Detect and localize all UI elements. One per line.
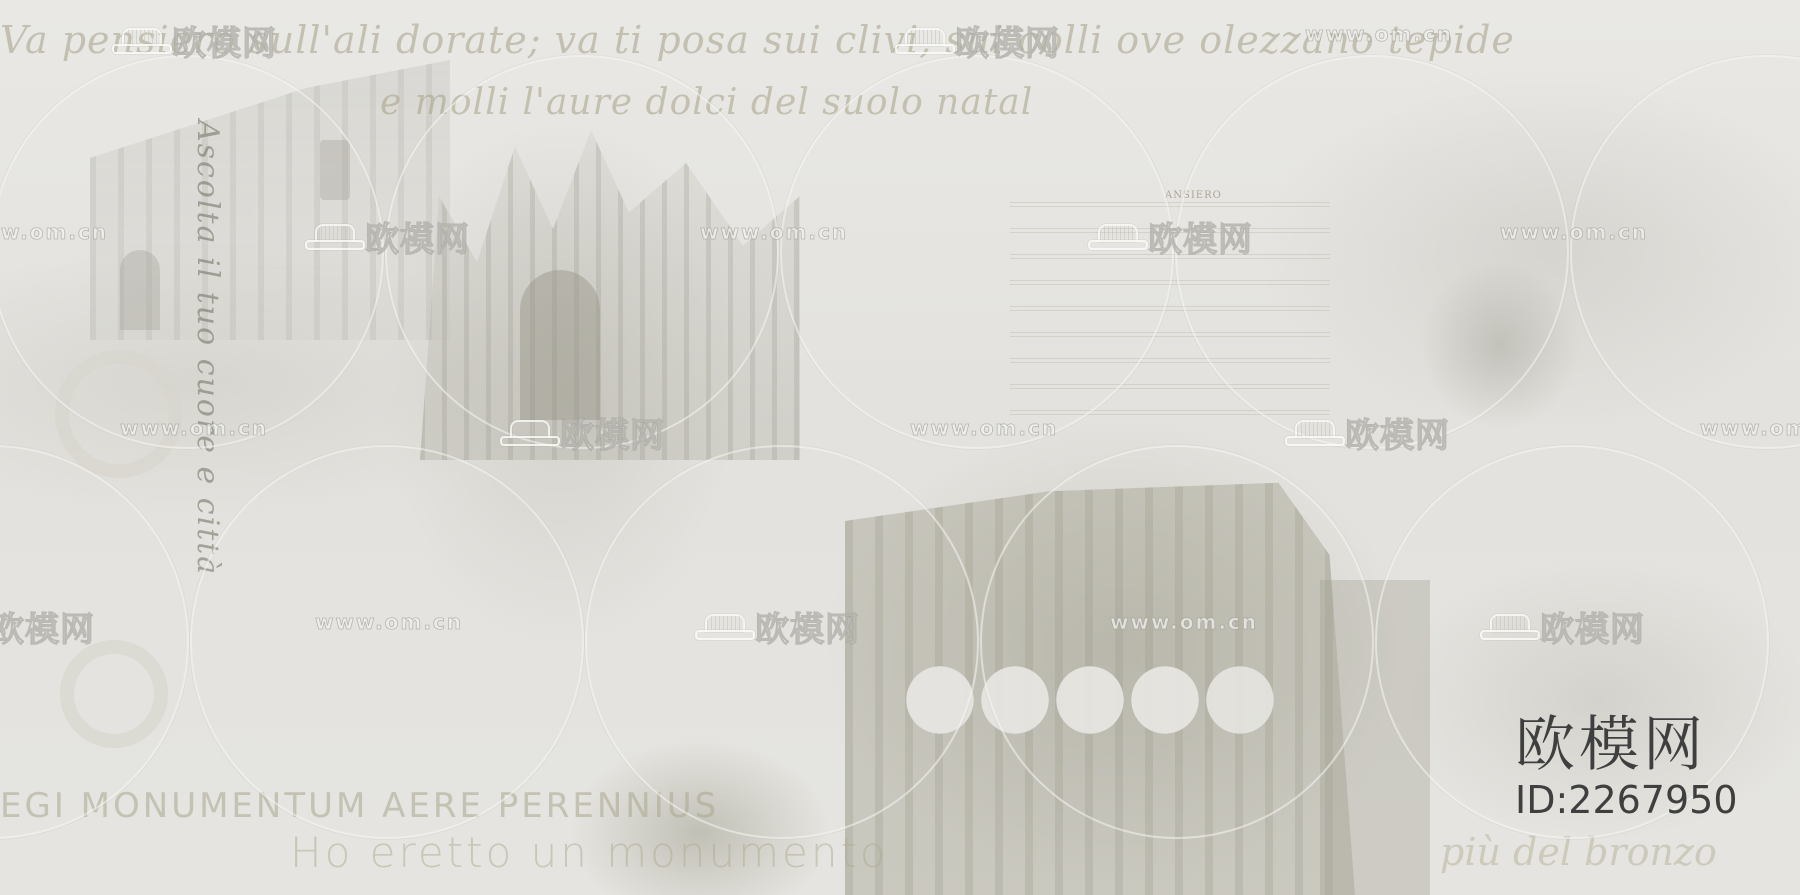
watermark-url: www.om.cn	[1500, 220, 1648, 244]
watermark-logo: 欧模网	[695, 602, 860, 651]
sofa-icon	[895, 28, 951, 54]
watermark-arc	[980, 445, 1374, 839]
watermark-logo: 欧模网	[1285, 408, 1450, 457]
watermark-arc	[190, 445, 584, 839]
watermark-url: www.om.cn	[1110, 610, 1258, 634]
sofa-icon	[1088, 224, 1144, 250]
watermark-logo: 欧模网	[112, 16, 277, 65]
sofa-icon	[305, 224, 361, 250]
watermark-arc	[1570, 55, 1800, 449]
watermark-url: www.om.cn	[0, 220, 108, 244]
watermark-url: www.om.cn	[120, 416, 268, 440]
watermark-logo: 欧模网	[305, 212, 470, 261]
watermark-url: www.om.cn	[700, 220, 848, 244]
watermark-logo: 欧模网	[500, 408, 665, 457]
watermark-logo: 欧模网	[1480, 602, 1645, 651]
sofa-icon	[695, 614, 751, 640]
brand-stamp: 欧模网 ID:2267950	[1515, 712, 1738, 822]
watermark-logo: 欧模网	[0, 602, 95, 651]
wallpaper-canvas: ANSIERO Va pensiero sull'ali dorate; va …	[0, 0, 1800, 895]
sofa-icon	[500, 420, 556, 446]
watermark-url: www.om.cn	[1700, 416, 1800, 440]
brand-name: 欧模网	[1515, 712, 1738, 778]
asset-id: ID:2267950	[1515, 778, 1738, 822]
watermark-logo: 欧模网	[1088, 212, 1253, 261]
watermark-url: www.om.cn	[315, 610, 463, 634]
watermark-url: www.om.cn	[910, 416, 1058, 440]
sofa-icon	[1480, 614, 1536, 640]
watermark-url: www.om.cn	[1305, 22, 1453, 46]
sofa-icon	[1285, 420, 1341, 446]
sofa-icon	[112, 28, 168, 54]
watermark-logo: 欧模网	[895, 16, 1060, 65]
